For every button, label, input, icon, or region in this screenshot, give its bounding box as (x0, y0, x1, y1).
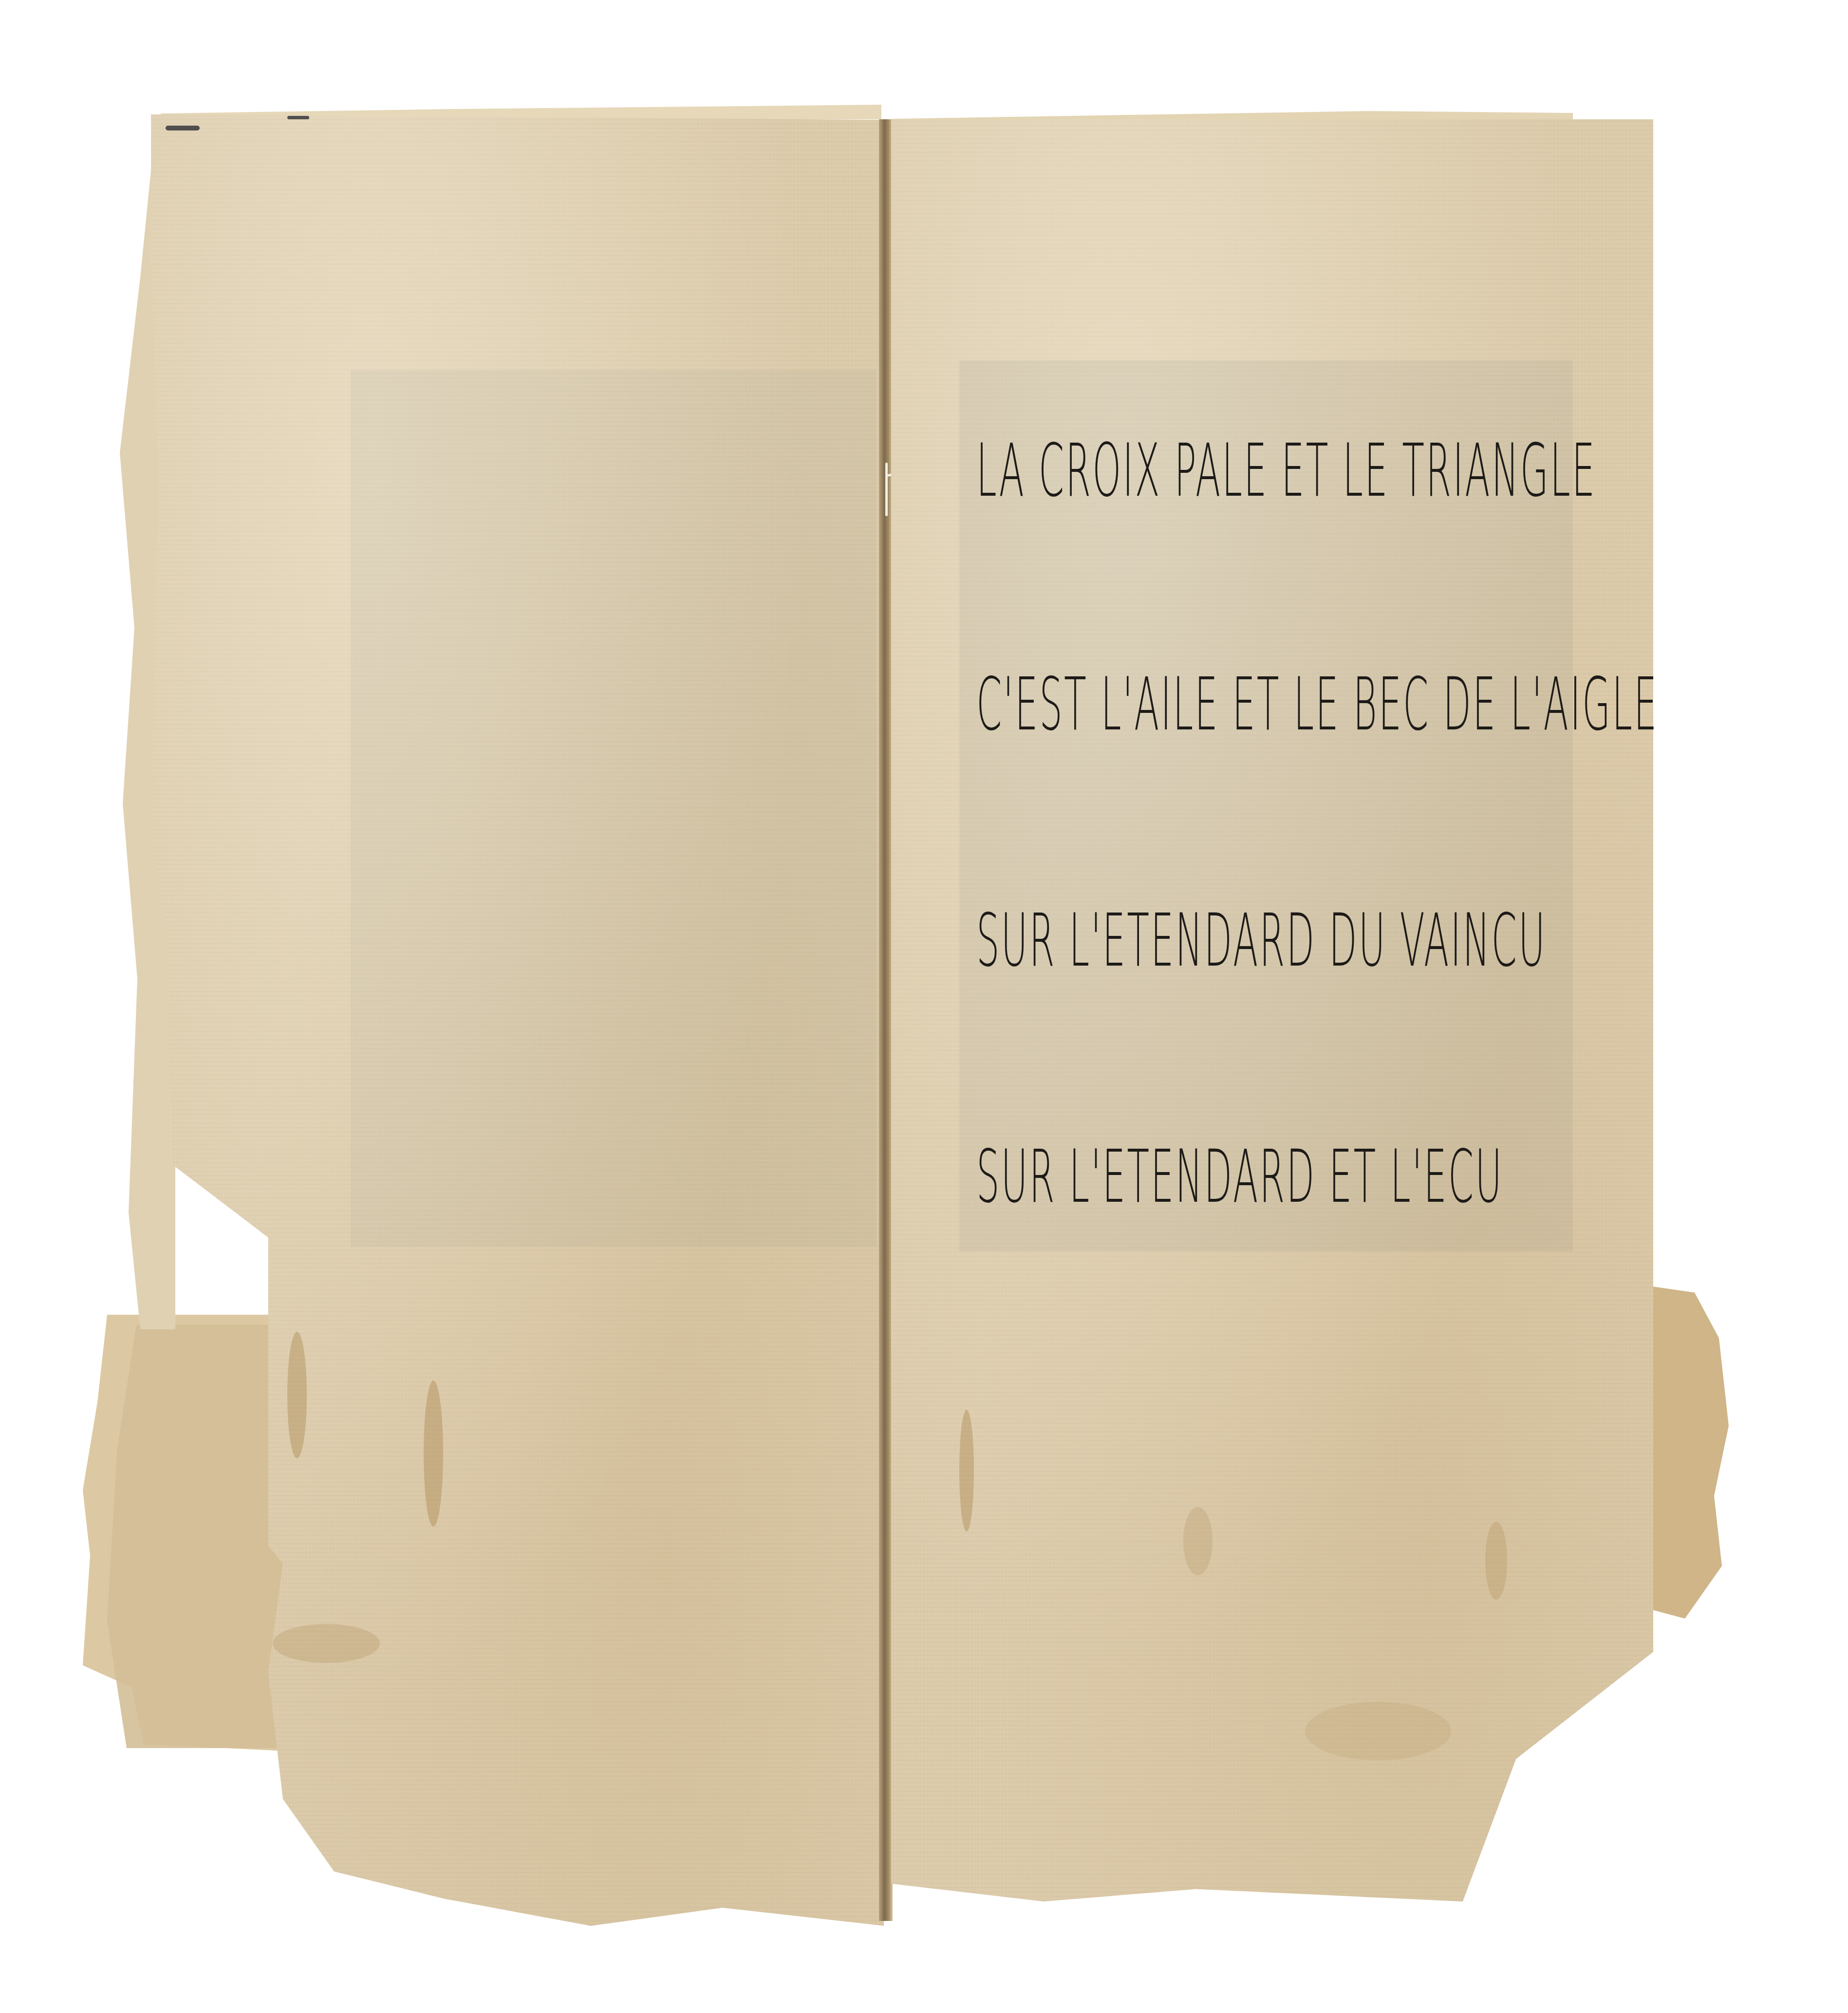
poem-line-2: C'EST L'AILE ET LE BEC DE L'AIGLE (976, 662, 1658, 747)
stain (273, 1624, 380, 1663)
stain (959, 1410, 974, 1531)
right-torn-flap (1646, 1286, 1743, 1636)
book-spine (879, 119, 893, 1921)
ink-smudge (287, 116, 309, 119)
poem-line-4: SUR L'ETENDARD ET L'ECU (976, 1135, 1503, 1219)
poem-line-1: LA CROIX PALE ET LE TRIANGLE (976, 429, 1596, 513)
stain (424, 1380, 443, 1527)
stain (287, 1332, 307, 1458)
poem-line-3: SUR L'ETENDARD DU VAINCU (976, 898, 1547, 983)
stain (1485, 1522, 1507, 1600)
ink-smudge (166, 126, 200, 130)
stain (1183, 1507, 1213, 1575)
print-through-shadow-left (351, 370, 877, 1247)
stain (1305, 1702, 1451, 1760)
